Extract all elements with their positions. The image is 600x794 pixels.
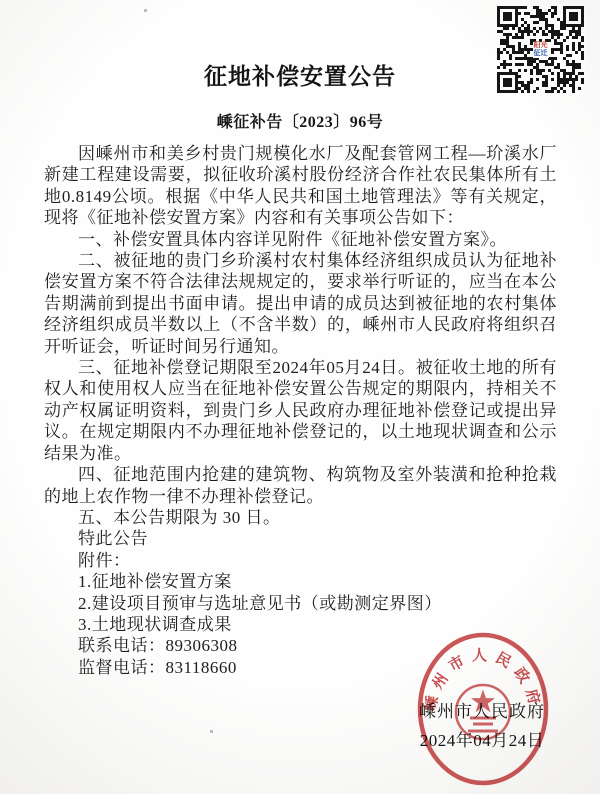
attachment-item: 2.建设项目预审与选址意见书（或勘测定界图）: [44, 593, 557, 614]
signature-org: 嵊州市人民政府: [402, 697, 562, 726]
item-paragraph-4: 四、征地范围内抢建的建筑物、构筑物及室外装潢和抢种抢栽的地上农作物一律不办理补偿…: [44, 464, 557, 507]
attachment-item: 1.征地补偿安置方案: [44, 571, 557, 592]
document-body: 因嵊州市和美乡村贵门规模化水厂及配套管网工程—玠溪水厂新建工程建设需要，拟征收玠…: [44, 143, 557, 678]
page-title: 征地补偿安置公告: [0, 58, 600, 91]
closing-line: 特此公告: [44, 528, 557, 549]
item-paragraph-3: 三、征地补偿登记期限至2024年05月24日。被征收土地的所有权人和使用权人应当…: [44, 357, 557, 464]
attachments-label: 附件：: [44, 550, 557, 571]
qr-center-label: 阳光 征迁: [533, 42, 549, 58]
intro-paragraph: 因嵊州市和美乡村贵门规模化水厂及配套管网工程—玠溪水厂新建工程建设需要，拟征收玠…: [44, 143, 557, 229]
scan-artifact-dot: [210, 730, 213, 733]
scanned-announcement-page: 阳光 征迁 征地补偿安置公告 嵊征补告〔2023〕96号 因嵊州市和美乡村贵门规…: [0, 0, 600, 794]
supervision-phone-line: 监督电话：83118660: [44, 657, 557, 678]
signature-block: 嵊州市人民政府 2024年04月24日: [402, 697, 562, 755]
document-number: 嵊征补告〔2023〕96号: [0, 109, 600, 132]
signature-date: 2024年04月24日: [402, 726, 562, 755]
contact-phone-line: 联系电话：89306308: [44, 635, 557, 656]
item-paragraph-1: 一、补偿安置具体内容详见附件《征地补偿安置方案》。: [44, 229, 557, 250]
qr-label-bottom: 征迁: [534, 50, 548, 58]
item-paragraph-5: 五、本公告期限为 30 日。: [44, 507, 557, 528]
scan-artifact-dot: [144, 9, 147, 12]
qr-label-top: 阳光: [534, 42, 548, 50]
item-paragraph-2: 二、被征地的贵门乡玠溪村农村集体经济组织成员认为征地补偿安置方案不符合法律法规规…: [44, 250, 557, 357]
attachment-item: 3.土地现状调查成果: [44, 614, 557, 635]
